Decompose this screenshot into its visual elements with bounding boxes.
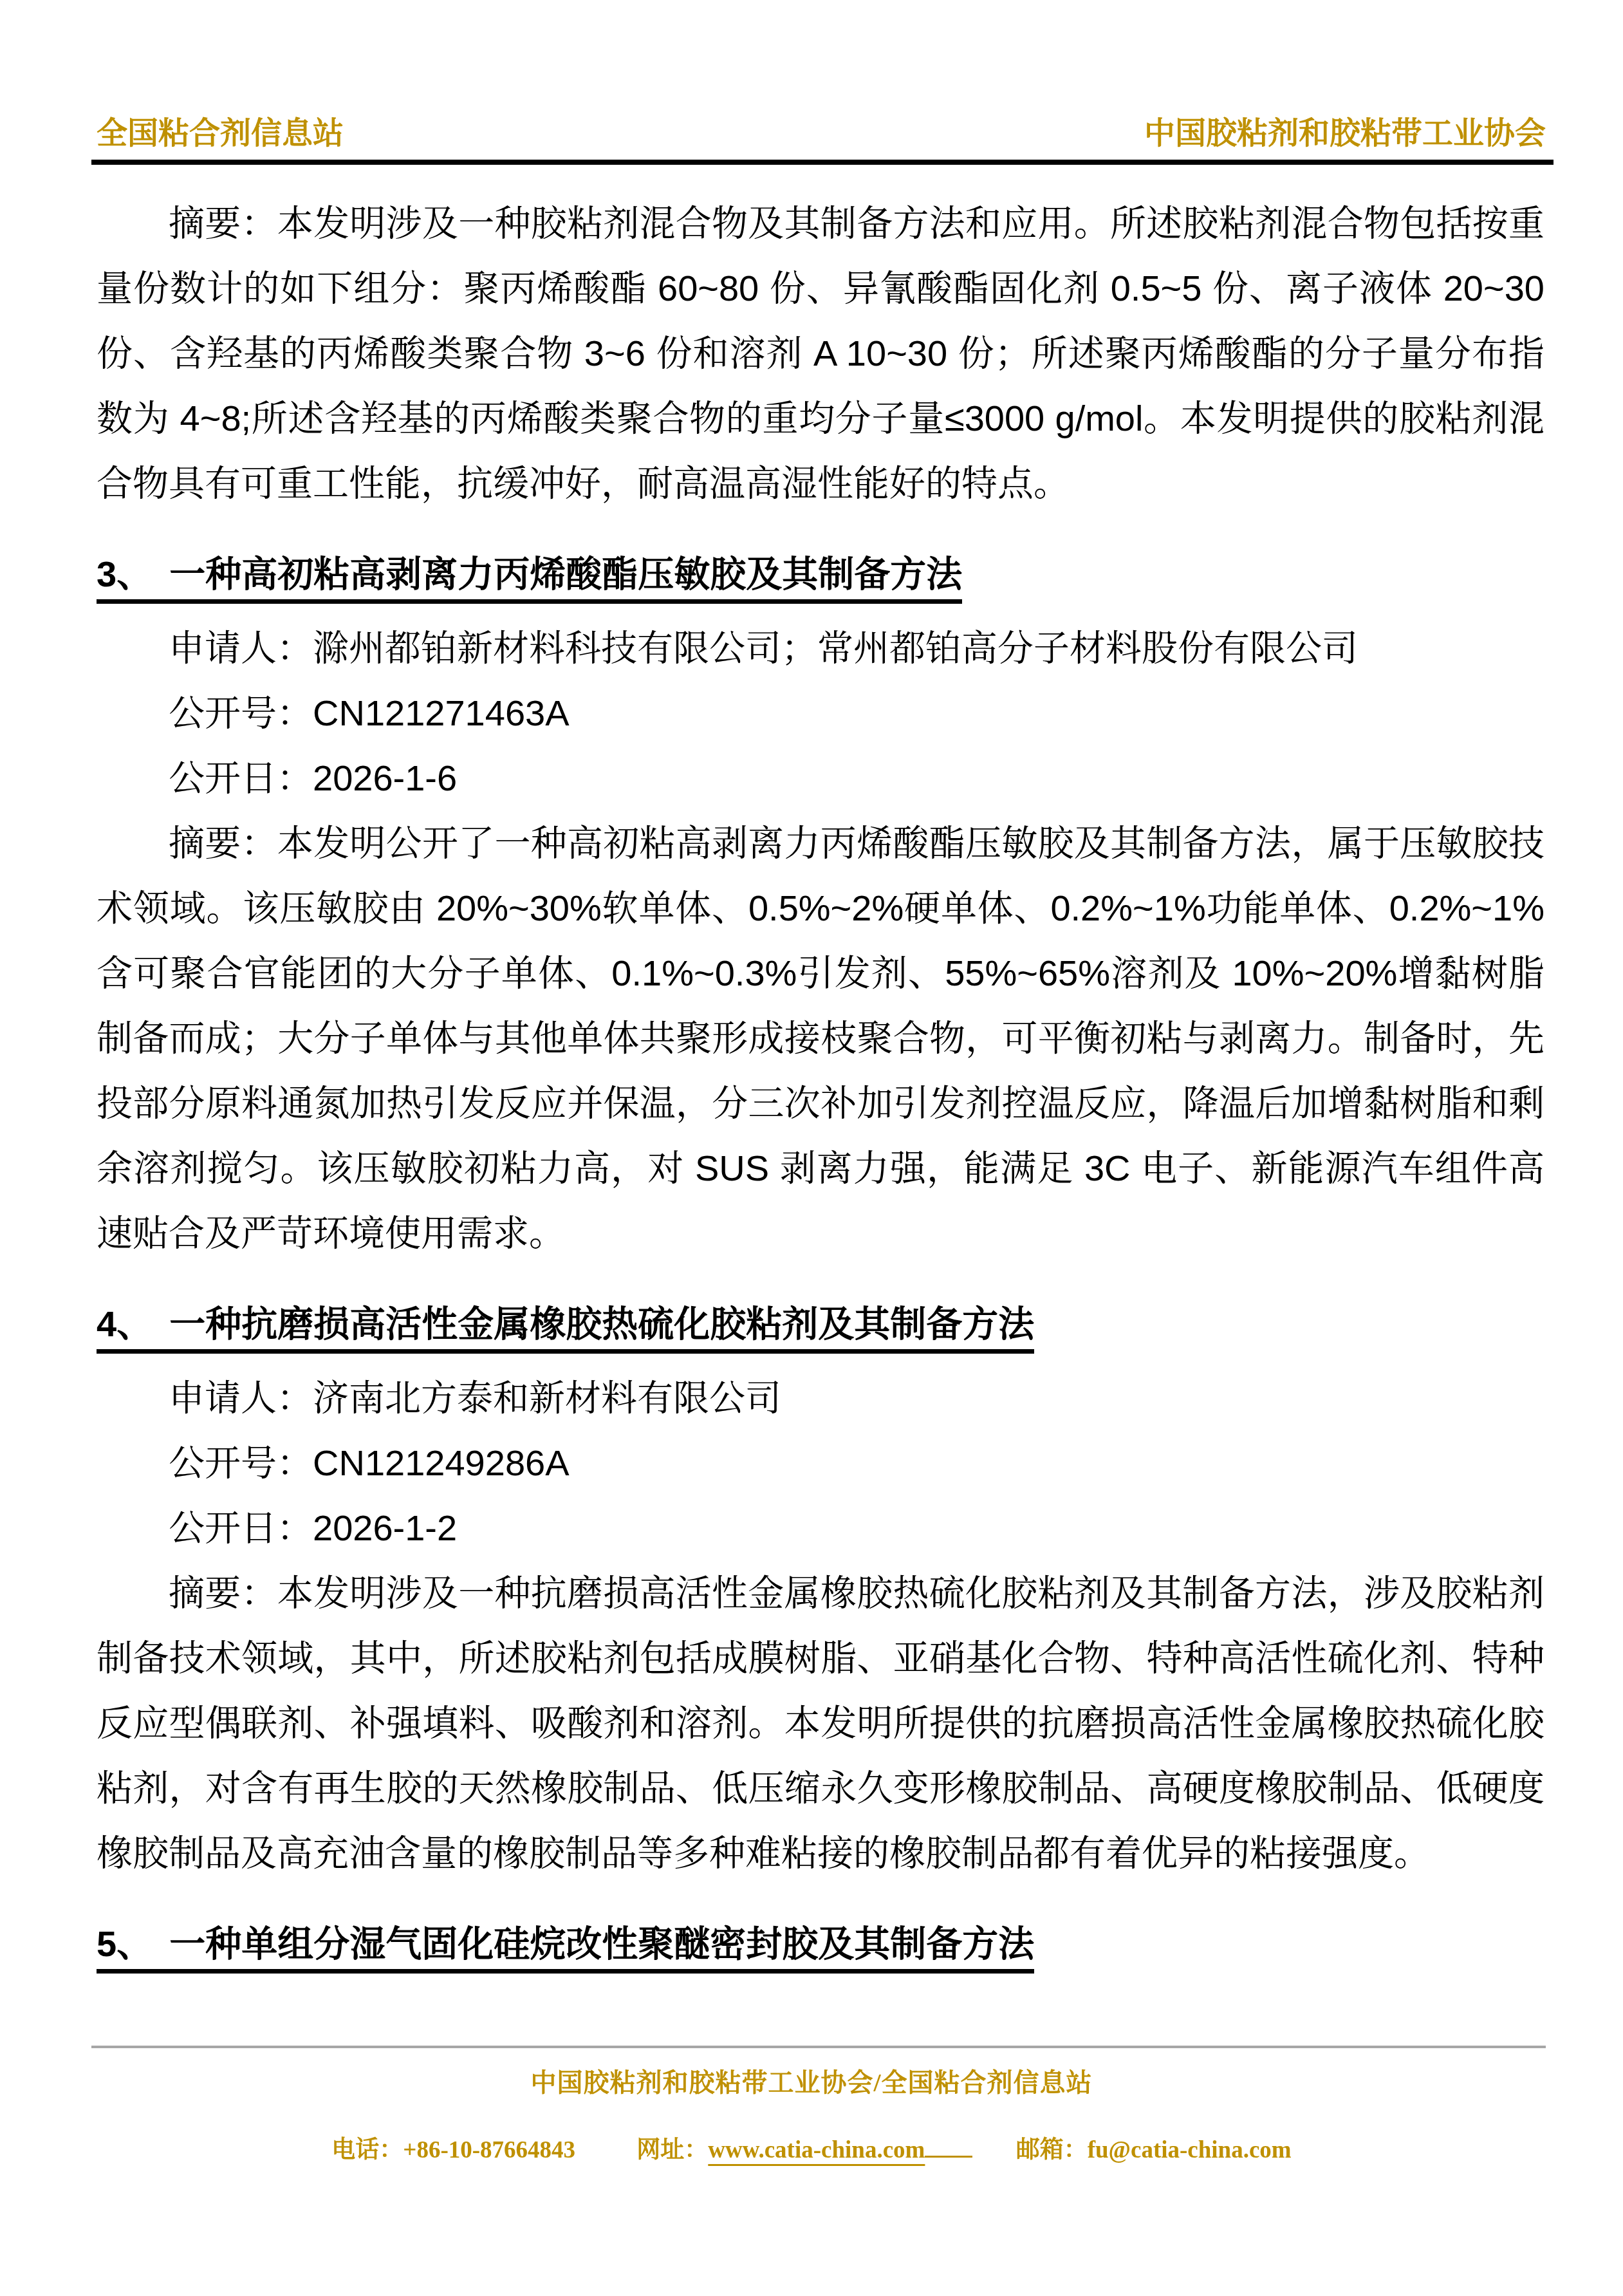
footer-website: 网址：www.catia-china.com <box>636 2137 972 2163</box>
applicant-label: 申请人： <box>169 1377 313 1418</box>
patent-title: 一种单组分湿气固化硅烷改性聚醚密封胶及其制备方法 <box>169 1923 1034 1964</box>
publication-number-value: CN121249286A <box>313 1442 570 1483</box>
patent-heading-underline: 5、一种单组分湿气固化硅烷改性聚醚密封胶及其制备方法 <box>97 1923 1034 1974</box>
page-footer: 中国胶粘剂和胶粘带工业协会/全国粘合剂信息站 电话：+86-10-8766484… <box>0 2046 1623 2165</box>
patent-heading-underline: 3、一种高初粘高剥离力丙烯酸酯压敏胶及其制备方法 <box>97 554 962 604</box>
intro-abstract: 摘要：本发明涉及一种胶粘剂混合物及其制备方法和应用。所述胶粘剂混合物包括按重量份… <box>97 165 1544 516</box>
publication-date-label: 公开日： <box>169 758 313 798</box>
email-label: 邮箱： <box>1016 2137 1088 2163</box>
document-page: 全国粘合剂信息站 中国胶粘剂和胶粘带工业协会 摘要：本发明涉及一种胶粘剂混合物及… <box>0 0 1623 2296</box>
patent-item-3: 3、一种高初粘高剥离力丙烯酸酯压敏胶及其制备方法 申请人：滁州都铂新材料科技有限… <box>97 541 1544 1265</box>
page-header: 全国粘合剂信息站 中国胶粘剂和胶粘带工业协会 <box>97 0 1546 153</box>
publication-number-label: 公开号： <box>169 1442 313 1483</box>
publication-date-value: 2026-1-6 <box>313 758 457 798</box>
patent-heading-underline: 4、一种抗磨损高活性金属橡胶热硫化胶粘剂及其制备方法 <box>97 1303 1034 1354</box>
applicant-label: 申请人： <box>169 628 313 668</box>
publication-number-value: CN121271463A <box>313 693 570 733</box>
footer-contact-line: 电话：+86-10-87664843 网址：www.catia-china.co… <box>0 2130 1623 2165</box>
patent-abstract: 摘要：本发明涉及一种抗磨损高活性金属橡胶热硫化胶粘剂及其制备方法，涉及胶粘剂制备… <box>97 1560 1544 1885</box>
website-underline-extension <box>925 2136 972 2158</box>
patent-heading-4: 4、一种抗磨损高活性金属橡胶热硫化胶粘剂及其制备方法 <box>97 1291 1544 1356</box>
applicant-value: 滁州都铂新材料科技有限公司；常州都铂高分子材料股份有限公司 <box>313 628 1358 668</box>
publication-date-line: 公开日：2026-1-2 <box>97 1495 1544 1560</box>
publication-date-value: 2026-1-2 <box>313 1507 457 1548</box>
phone-value: +86-10-87664843 <box>403 2137 575 2163</box>
footer-phone: 电话：+86-10-87664843 <box>331 2137 575 2163</box>
footer-rule <box>91 2046 1546 2048</box>
publication-date-label: 公开日： <box>169 1507 313 1548</box>
phone-label: 电话： <box>331 2137 403 2163</box>
publication-number-line: 公开号：CN121249286A <box>97 1430 1544 1495</box>
patent-item-4: 4、一种抗磨损高活性金属橡胶热硫化胶粘剂及其制备方法 申请人：济南北方泰和新材料… <box>97 1291 1544 1885</box>
publication-number-line: 公开号：CN121271463A <box>97 680 1544 745</box>
applicant-line: 申请人：滁州都铂新材料科技有限公司；常州都铂高分子材料股份有限公司 <box>97 615 1544 680</box>
patent-number: 4、 <box>97 1303 153 1344</box>
website-label: 网址： <box>636 2137 708 2163</box>
patent-item-5: 5、一种单组分湿气固化硅烷改性聚醚密封胶及其制备方法 <box>97 1911 1544 1976</box>
website-link[interactable]: www.catia-china.com <box>708 2137 925 2163</box>
footer-email: 邮箱：fu@catia-china.com <box>1016 2137 1292 2163</box>
publication-number-label: 公开号： <box>169 693 313 733</box>
publication-date-line: 公开日：2026-1-6 <box>97 745 1544 810</box>
patent-title: 一种高初粘高剥离力丙烯酸酯压敏胶及其制备方法 <box>169 554 962 594</box>
header-left-title: 全国粘合剂信息站 <box>97 115 344 153</box>
applicant-value: 济南北方泰和新材料有限公司 <box>313 1377 781 1418</box>
patent-abstract: 摘要：本发明公开了一种高初粘高剥离力丙烯酸酯压敏胶及其制备方法，属于压敏胶技术领… <box>97 810 1544 1265</box>
header-rule <box>91 160 1553 165</box>
applicant-line: 申请人：济南北方泰和新材料有限公司 <box>97 1365 1544 1430</box>
patent-number: 5、 <box>97 1923 153 1964</box>
patent-number: 3、 <box>97 554 153 594</box>
patent-heading-5: 5、一种单组分湿气固化硅烷改性聚醚密封胶及其制备方法 <box>97 1911 1544 1976</box>
email-value: fu@catia-china.com <box>1088 2137 1292 2163</box>
header-right-title: 中国胶粘剂和胶粘带工业协会 <box>1144 115 1546 153</box>
patent-heading-3: 3、一种高初粘高剥离力丙烯酸酯压敏胶及其制备方法 <box>97 541 1544 606</box>
patent-title: 一种抗磨损高活性金属橡胶热硫化胶粘剂及其制备方法 <box>169 1303 1034 1344</box>
document-body: 摘要：本发明涉及一种胶粘剂混合物及其制备方法和应用。所述胶粘剂混合物包括按重量份… <box>97 165 1544 1976</box>
footer-organization: 中国胶粘剂和胶粘带工业协会/全国粘合剂信息站 <box>0 2062 1623 2099</box>
